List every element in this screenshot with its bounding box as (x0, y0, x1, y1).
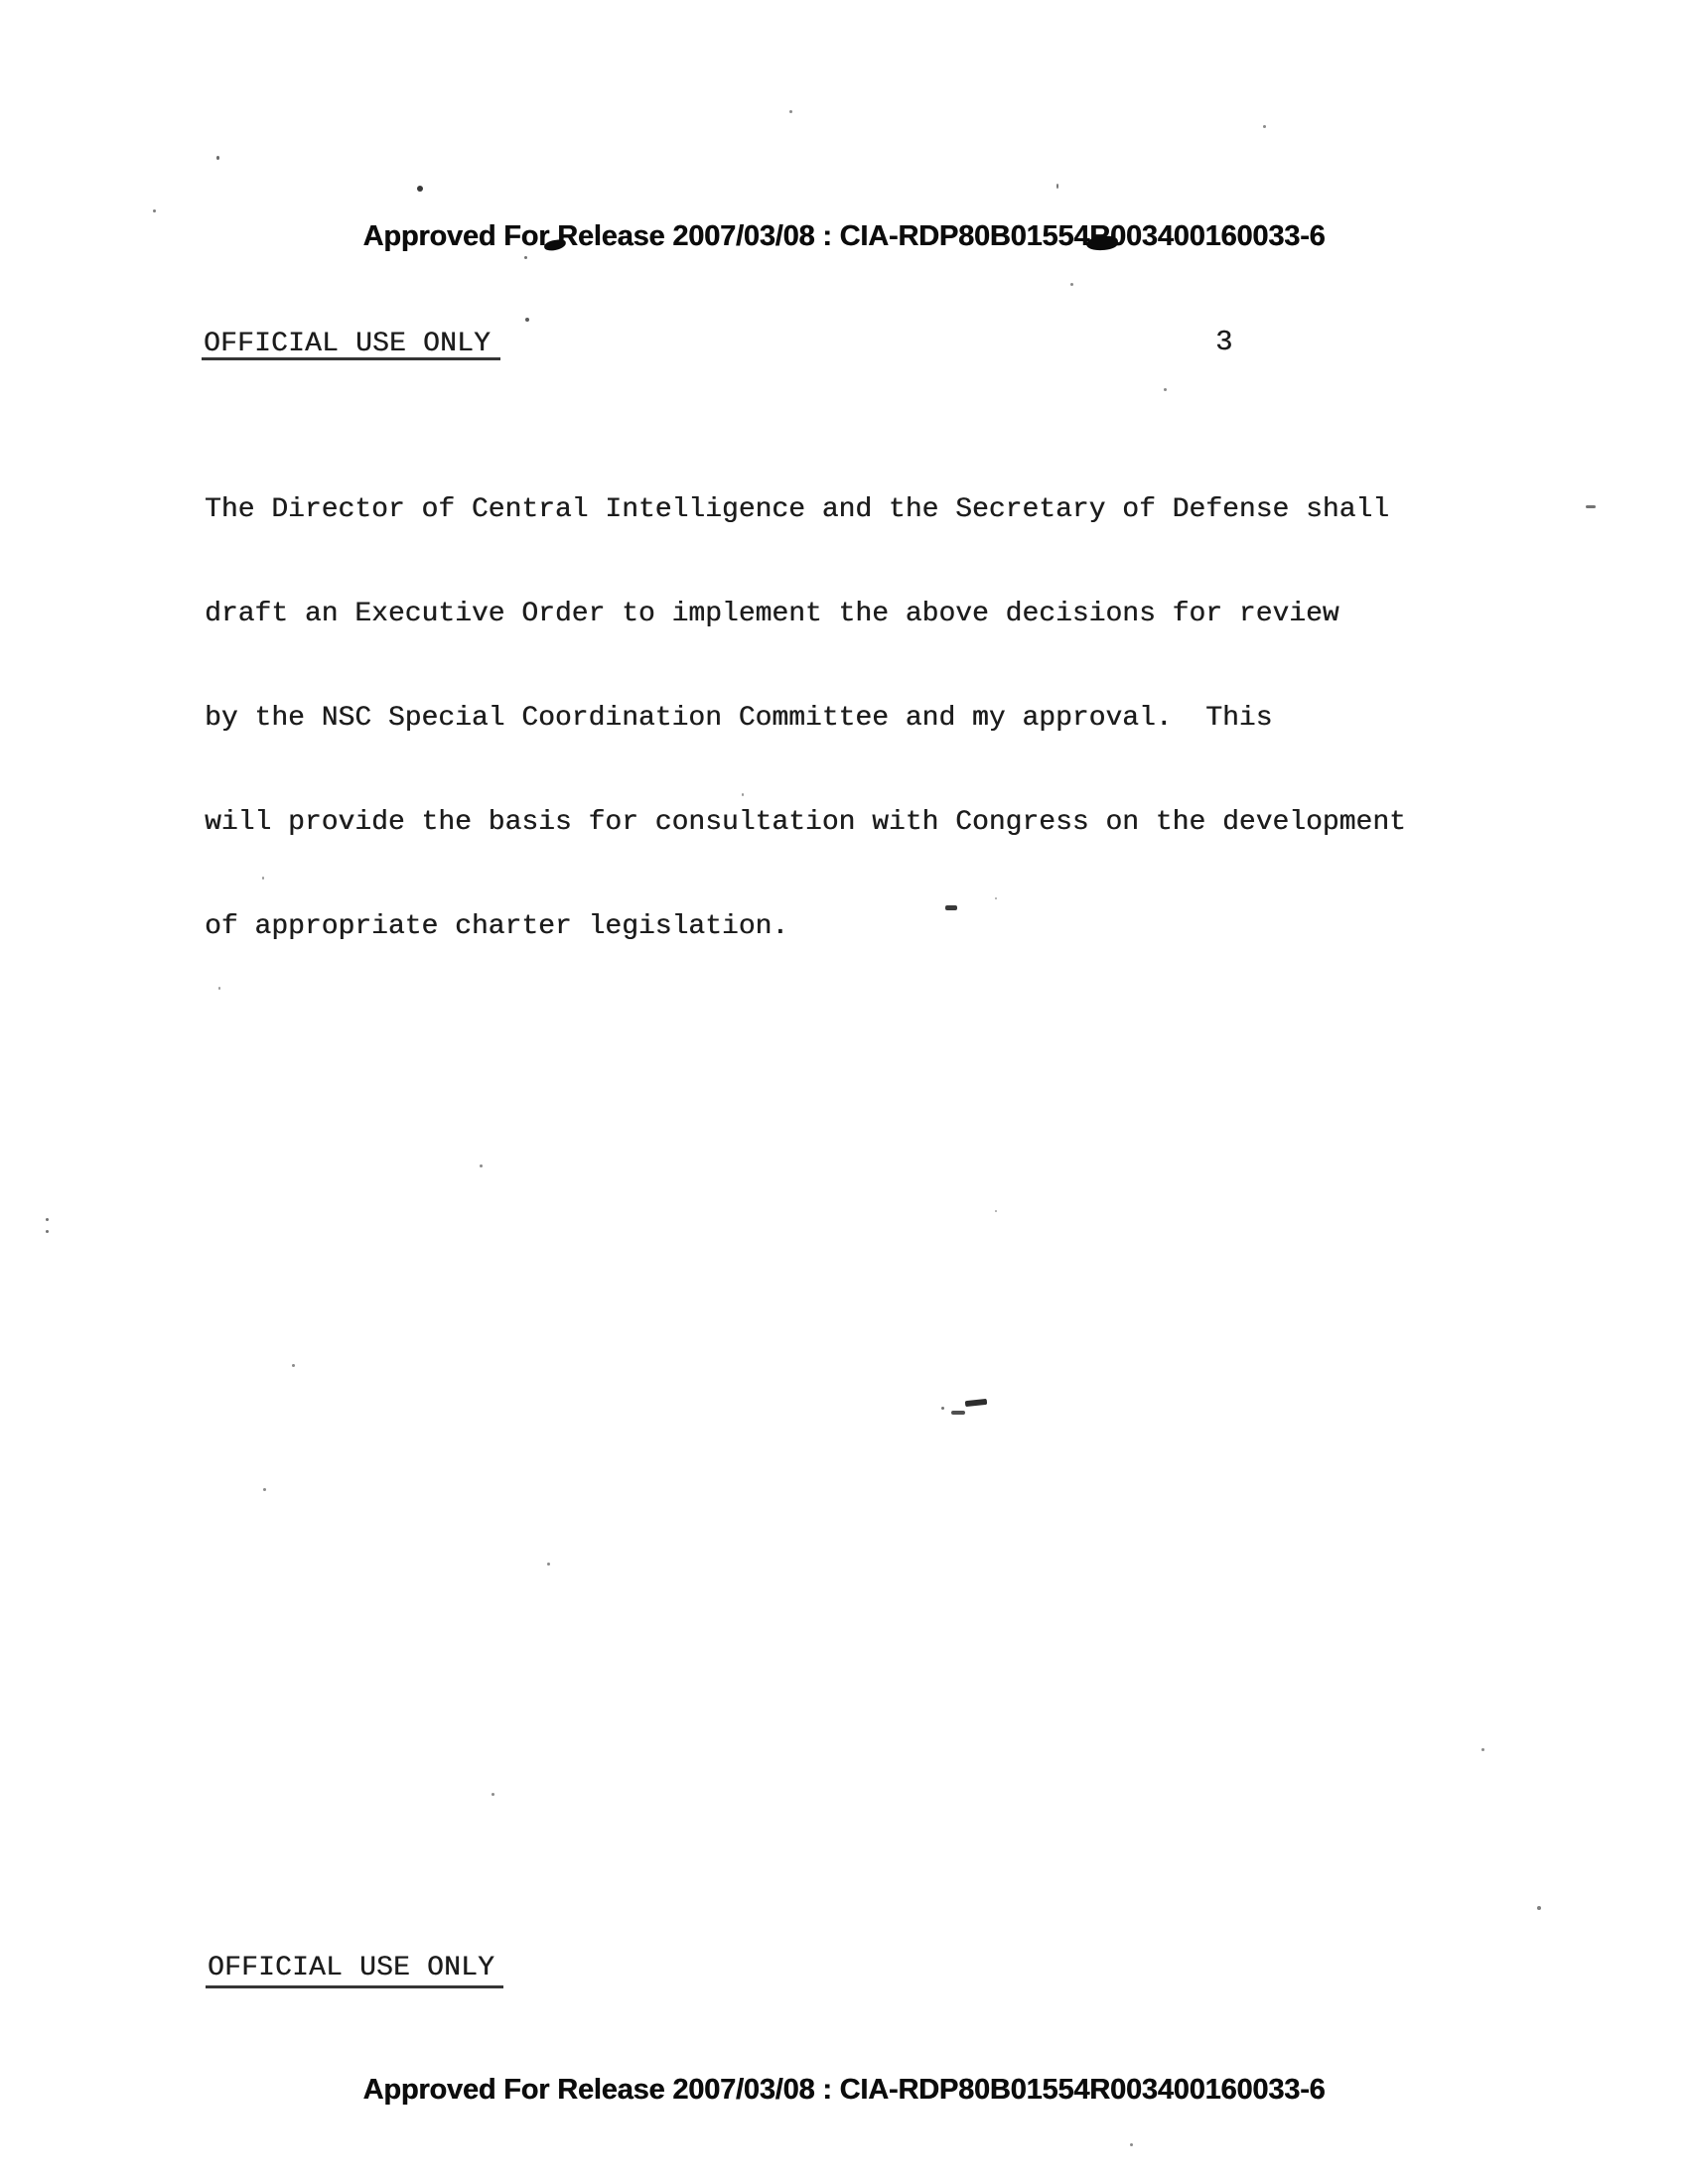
scan-speck (417, 186, 423, 192)
scan-speck (1164, 388, 1167, 391)
paragraph-line: will provide the basis for consultation … (205, 805, 1406, 840)
scan-speck (1263, 125, 1266, 128)
paragraph-line: draft an Executive Order to implement th… (205, 597, 1406, 631)
paragraph-line: The Director of Central Intelligence and… (205, 492, 1406, 527)
scan-speck (46, 1218, 49, 1221)
scan-speck (492, 1793, 494, 1796)
scan-speck (153, 209, 156, 212)
scan-speck (951, 1411, 965, 1415)
scan-speck (263, 1488, 266, 1491)
classification-underline-top (202, 357, 500, 360)
scan-speck (965, 1399, 988, 1407)
scan-speck (941, 1407, 944, 1410)
scan-speck (1070, 283, 1073, 286)
approval-release-stamp-top: Approved For Release 2007/03/08 : CIA-RD… (0, 220, 1688, 253)
paragraph-line: by the NSC Special Coordination Committe… (205, 701, 1406, 736)
scan-speck (525, 318, 529, 322)
scan-speck (1586, 505, 1596, 508)
scan-speck (262, 877, 264, 880)
scan-speck (789, 110, 792, 113)
scan-speck (1130, 2143, 1133, 2146)
paragraph-line: of appropriate charter legislation. (205, 909, 1406, 944)
scan-speck (945, 905, 957, 910)
scan-speck (292, 1364, 295, 1367)
scan-speck (480, 1164, 483, 1167)
scan-speck (1056, 184, 1058, 189)
scan-speck (524, 256, 527, 259)
scan-speck (995, 897, 997, 899)
classification-marking-top: OFFICIAL USE ONLY (204, 329, 491, 359)
scan-speck (1537, 1906, 1541, 1910)
scan-speck (216, 156, 219, 160)
scan-speck (1481, 1748, 1484, 1751)
classification-underline-bottom (206, 1985, 503, 1988)
page-number: 3 (1215, 326, 1232, 358)
body-paragraph: The Director of Central Intelligence and… (205, 423, 1406, 1014)
scan-speck (218, 987, 220, 990)
document-page: Approved For Release 2007/03/08 : CIA-RD… (0, 0, 1688, 2184)
approval-release-stamp-bottom: Approved For Release 2007/03/08 : CIA-RD… (0, 2074, 1688, 2107)
scan-speck (547, 1563, 550, 1566)
scan-speck (46, 1230, 49, 1233)
scan-speck (995, 1210, 997, 1212)
classification-marking-bottom: OFFICIAL USE ONLY (208, 1953, 494, 1983)
scan-speck (742, 793, 744, 796)
